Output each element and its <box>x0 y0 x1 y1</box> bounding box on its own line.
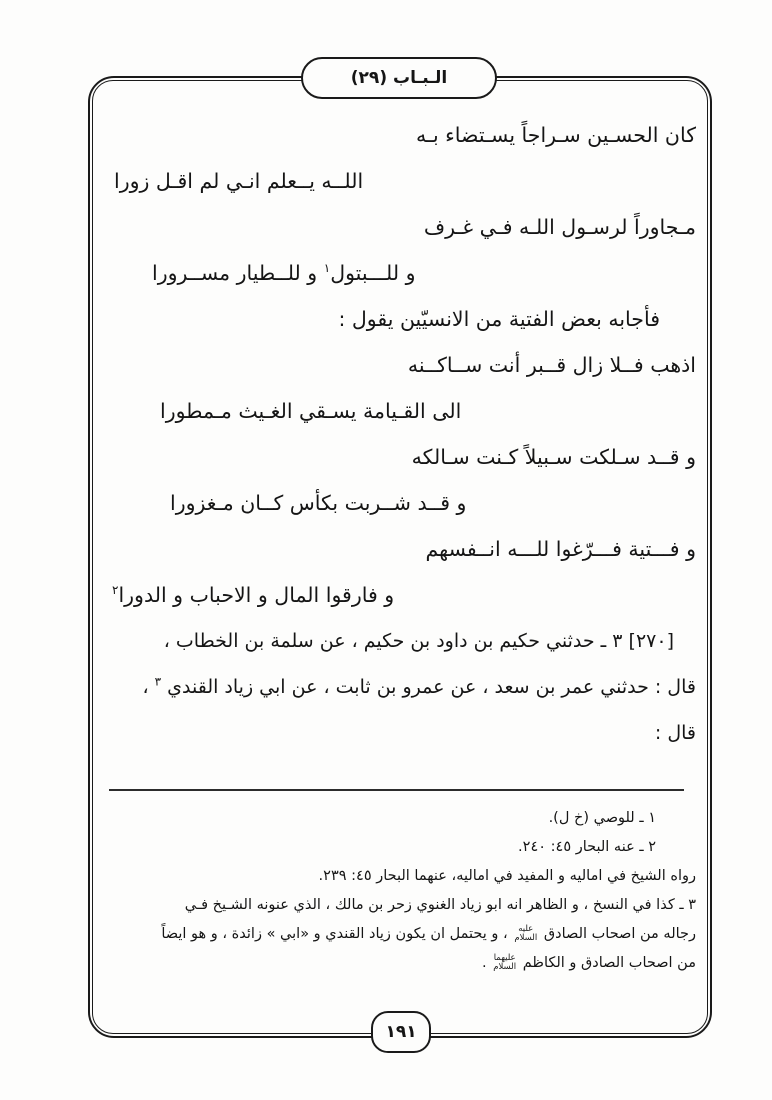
hadith-isnad-line-2: قال : حدثني عمر بن سعد ، عن عمرو بن ثابت… <box>112 664 696 710</box>
footnote-text: من اصحاب الصادق و الكاظم <box>518 955 696 971</box>
footnote-text: ، و يحتمل ان يكون زياد القندي و «ابي » ز… <box>161 926 512 942</box>
footnote-3-line-1: ٣ ـ كذا في النسخ ، و الظاهر انه ابو زياد… <box>112 891 696 920</box>
footnote-2-continuation: رواه الشيخ في اماليه و المفيد في اماليه،… <box>112 862 696 891</box>
page-content: كان الحسـين سـراجاً يسـتضاء بـه اللــه ي… <box>112 112 696 978</box>
book-page-scan: { "header": { "chapter_label": "الـبـاب … <box>0 0 772 1100</box>
footnote-2: ٢ ـ عنه البحار ٤٥: ٢٤٠. <box>112 833 696 862</box>
hadith-text: قال : حدثني عمر بن سعد ، عن عمرو بن ثابت… <box>161 676 696 698</box>
hadith-qala-line: قال : <box>112 710 696 756</box>
chapter-title: الـبـاب (٢٩) <box>351 68 447 88</box>
footnote-separator-rule <box>109 789 684 791</box>
verse-hemistich-5b: و فارقوا المال و الاحباب و الدورا٢ <box>112 572 696 618</box>
footnote-text: . <box>482 955 491 971</box>
verse-hemistich-3b: الى القـيامة يسـقي الغـيث مـمطورا <box>112 388 696 434</box>
verse-text: و للــطيار مســرورا <box>152 261 324 285</box>
verse-hemistich-3a: اذهب فــلا زال قــبر أنت ســاكــنه <box>112 342 696 388</box>
verse-hemistich-1a: كان الحسـين سـراجاً يسـتضاء بـه <box>112 112 696 158</box>
prose-line: فأجابه بعض الفتية من الانسيّين يقول : <box>112 296 696 342</box>
footnote-1: ١ ـ للوصي (خ ل). <box>112 804 696 833</box>
verse-text: و للـــبتول <box>330 261 415 285</box>
footnote-3-line-3: من اصحاب الصادق و الكاظم عليهما السلام . <box>112 949 696 978</box>
verse-hemistich-2a: مـجاوراً لرسـول اللـه فـي غـرف <box>112 204 696 250</box>
hadith-isnad-line-1: [٢٧٠] ٣ ـ حدثني حكيم بن داود بن حكيم ، ع… <box>112 618 696 664</box>
verse-hemistich-2b: و للـــبتول١ و للــطيار مســرورا <box>112 250 696 296</box>
page-number-cartouche: ١٩١ <box>371 1011 431 1053</box>
verse-hemistich-4a: و قــد سـلكت سـبيلاً كـنت سـالكه <box>112 434 696 480</box>
honorific-alayhis-salam: عليه السلام <box>513 925 538 943</box>
honorific-alayhima-salam: عليهما السلام <box>492 954 517 972</box>
verse-hemistich-1b: اللــه يــعلم انـي لم اقـل زورا <box>112 158 696 204</box>
verse-hemistich-5a: و فـــتية فـــرّغوا للـــه انــفسهم <box>112 526 696 572</box>
hadith-text: ، <box>142 676 154 698</box>
verse-text: و فارقوا المال و الاحباب و الدورا <box>118 583 394 607</box>
footnote-text: رجاله من اصحاب الصادق <box>539 926 696 942</box>
verse-hemistich-4b: و قــد شــربت بكأس كــان مـغزورا <box>112 480 696 526</box>
page-number: ١٩١ <box>385 1022 416 1042</box>
footnote-3-line-2: رجاله من اصحاب الصادق عليه السلام ، و يح… <box>112 920 696 949</box>
chapter-header-cartouche: الـبـاب (٢٩) <box>301 57 497 99</box>
